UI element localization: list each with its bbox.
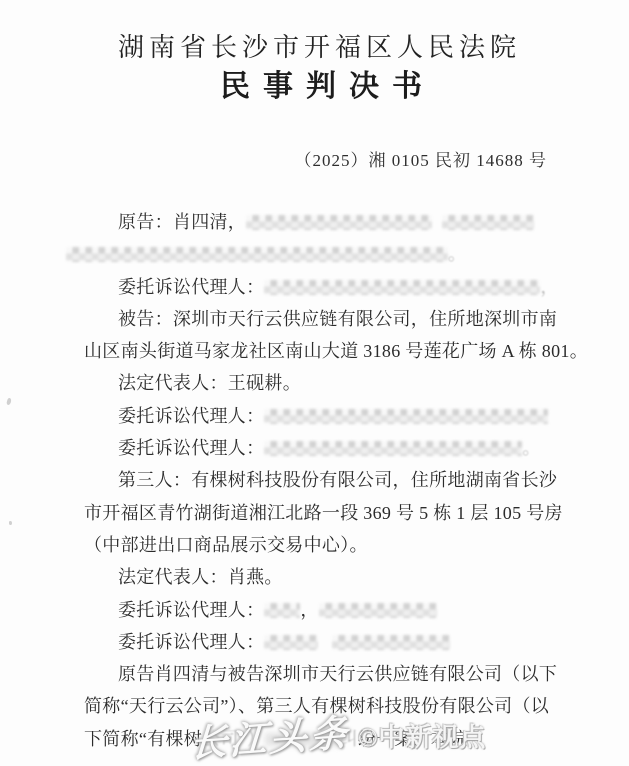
defendant-agent-line-1: 委托诉讼代理人： — [84, 400, 564, 432]
defendant-line: 被告：深圳市天行云供应链有限公司，住所地深圳市南 — [84, 303, 564, 335]
third-party-address-line-1: 市开福区青竹湖街道湘江北路一段 369 号 5 栋 1 层 105 号房 — [84, 497, 564, 529]
obscured-text-smudge — [265, 733, 339, 746]
third-party-rep-line: 法定代表人：肖燕。 — [84, 561, 564, 593]
third-party-address-text-2: （中部进出口商品展示交易中心）。 — [84, 535, 368, 555]
intro-text-1: 原告肖四清与被告深圳市天行云供应链有限公司（以下 — [118, 664, 557, 684]
intro-line-1: 原告肖四清与被告深圳市天行云供应链有限公司（以下 — [84, 658, 564, 690]
defendant-rep-text: 法定代表人：王砚耕。 — [118, 373, 301, 393]
defendant-rep-line: 法定代表人：王砚耕。 — [84, 367, 564, 399]
third-party-address-text: 市开福区青竹湖街道湘江北路一段 369 号 5 栋 1 层 105 号房 — [84, 503, 563, 523]
redacted-text — [332, 635, 450, 650]
trailing-comma: ， — [540, 277, 558, 297]
document-body: 原告：肖四清， 。 委托诉讼代理人：， 被告：深圳市天行云供应链有限公司，住所地… — [84, 206, 564, 755]
judgment-document-page: 湖南省长沙市开福区人民法院 民事判决书 （2025）湘 0105 民初 1468… — [0, 0, 629, 766]
obscured-text: 纠 — [339, 729, 357, 749]
intro-line-2: 简称“天行云公司”）、第三人有棵树科技股份有限公司（以 — [84, 690, 564, 722]
redacted-text — [442, 215, 534, 230]
redacted-text — [264, 441, 522, 456]
third-party-agent-line-1: 委托诉讼代理人：， — [84, 594, 564, 626]
defendant-address-line: 山区南头街道马家龙社区南山大道 3186 号莲花广场 A 栋 801。 — [84, 335, 564, 367]
redacted-text — [264, 409, 548, 424]
agent-label: 委托诉讼代理人： — [118, 632, 264, 652]
third-party-agent-line-2: 委托诉讼代理人： — [84, 626, 564, 658]
scan-artifact — [9, 521, 12, 525]
plaintiff-line: 原告：肖四清， — [84, 206, 564, 238]
scan-artifact — [6, 398, 12, 406]
trailing-period: 。 — [448, 244, 466, 264]
redacted-text — [264, 635, 318, 650]
intro-text-3-end: 纷一案，本院 — [358, 729, 468, 749]
intro-text-2: 简称“天行云公司”）、第三人有棵树科技股份有限公司（以 — [84, 696, 549, 716]
case-number: （2025）湘 0105 民初 14688 号 — [295, 146, 548, 171]
plaintiff-label: 原告：肖四清， — [118, 212, 246, 232]
intro-line-3: 下简称“有棵树公司”）纠纷一案，本院 — [84, 723, 564, 755]
obscured-text: 公司”） — [202, 729, 265, 749]
third-party-text: 第三人：有棵树科技股份有限公司，住所地湖南省长沙 — [118, 470, 557, 490]
agent-label: 委托诉讼代理人： — [118, 277, 264, 297]
redacted-text — [246, 215, 432, 230]
agent-label: 委托诉讼代理人： — [118, 438, 264, 458]
redacted-text — [66, 247, 448, 262]
defendant-address-text: 山区南头街道马家龙社区南山大道 3186 号莲花广场 A 栋 801。 — [84, 341, 588, 361]
third-party-line: 第三人：有棵树科技股份有限公司，住所地湖南省长沙 — [84, 464, 564, 496]
document-title: 民事判决书 — [0, 61, 629, 105]
agent-label: 委托诉讼代理人： — [118, 600, 264, 620]
defendant-text: 被告：深圳市天行云供应链有限公司，住所地深圳市南 — [118, 309, 557, 329]
trailing-period: 。 — [522, 438, 540, 458]
plaintiff-agent-line: 委托诉讼代理人：， — [84, 271, 564, 303]
redacted-text — [264, 280, 540, 295]
court-name: 湖南省长沙市开福区人民法院 — [0, 27, 629, 64]
redacted-text — [264, 603, 300, 618]
redacted-text — [319, 603, 437, 618]
defendant-agent-line-2: 委托诉讼代理人：。 — [84, 432, 564, 464]
third-party-rep-text: 法定代表人：肖燕。 — [118, 567, 283, 587]
third-party-address-line-2: （中部进出口商品展示交易中心）。 — [84, 529, 564, 561]
agent-label: 委托诉讼代理人： — [118, 406, 264, 426]
separator-comma: ， — [300, 600, 318, 620]
plaintiff-address-line: 。 — [84, 238, 564, 270]
intro-text-3: 下简称“有棵树 — [84, 729, 202, 749]
